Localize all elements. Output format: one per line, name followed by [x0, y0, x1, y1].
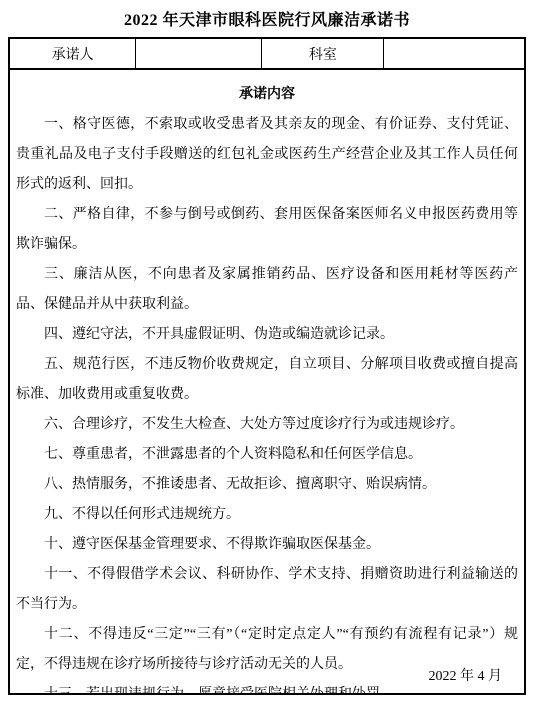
commitment-item-11: 十一、不得假借学术会议、科研协作、学术支持、捐赠资助进行利益输送的不当行为。 — [16, 560, 518, 620]
commitment-item-9: 九、不得以任何形式违规统方。 — [16, 500, 518, 530]
commitment-item-10: 十、遵守医保基金管理要求、不得欺诈骗取医保基金。 — [16, 530, 518, 560]
promiser-label-cell: 承诺人 — [9, 38, 136, 69]
commitment-item-7: 七、尊重患者，不泄露患者的个人资料隐私和任何医学信息。 — [16, 440, 518, 470]
header-table-row: 承诺人 科室 — [9, 38, 525, 69]
promiser-value-cell[interactable] — [136, 38, 262, 69]
commitment-item-3: 三、廉洁从医，不向患者及家属推销药品、医疗设备和医用耗材等医药产品、保健品并从中… — [16, 260, 518, 320]
document-title: 2022 年天津市眼科医院行风廉洁承诺书 — [0, 0, 534, 33]
header-table: 承诺人 科室 — [8, 37, 526, 70]
department-label-cell: 科室 — [262, 38, 384, 69]
document-page: 2022 年天津市眼科医院行风廉洁承诺书 承诺人 科室 承诺内容 一、格守医德，… — [0, 0, 534, 706]
commitment-item-2: 二、严格自律，不参与倒号或倒药、套用医保备案医师名义申报医药费用等欺诈骗保。 — [16, 200, 518, 260]
commitment-item-6: 六、合理诊疗，不发生大检查、大处方等过度诊疗行为或违规诊疗。 — [16, 410, 518, 440]
department-value-cell[interactable] — [384, 38, 525, 69]
commitment-item-5: 五、规范行医，不违反物价收费规定，自立项目、分解项目收费或擅自提高标准、加收费用… — [16, 350, 518, 410]
commitment-content-box: 承诺内容 一、格守医德，不索取或收受患者及其亲友的现金、有价证券、支付凭证、贵重… — [8, 70, 526, 695]
commitment-item-1: 一、格守医德，不索取或收受患者及其亲友的现金、有价证券、支付凭证、贵重礼品及电子… — [16, 110, 518, 200]
document-date: 2022 年 4 月 — [429, 667, 503, 687]
commitment-item-8: 八、热情服务，不推诿患者、无故拒诊、擅离职守、贻误病情。 — [16, 470, 518, 500]
content-heading: 承诺内容 — [16, 80, 518, 110]
commitment-item-4: 四、遵纪守法，不开具虚假证明、伪造或编造就诊记录。 — [16, 320, 518, 350]
